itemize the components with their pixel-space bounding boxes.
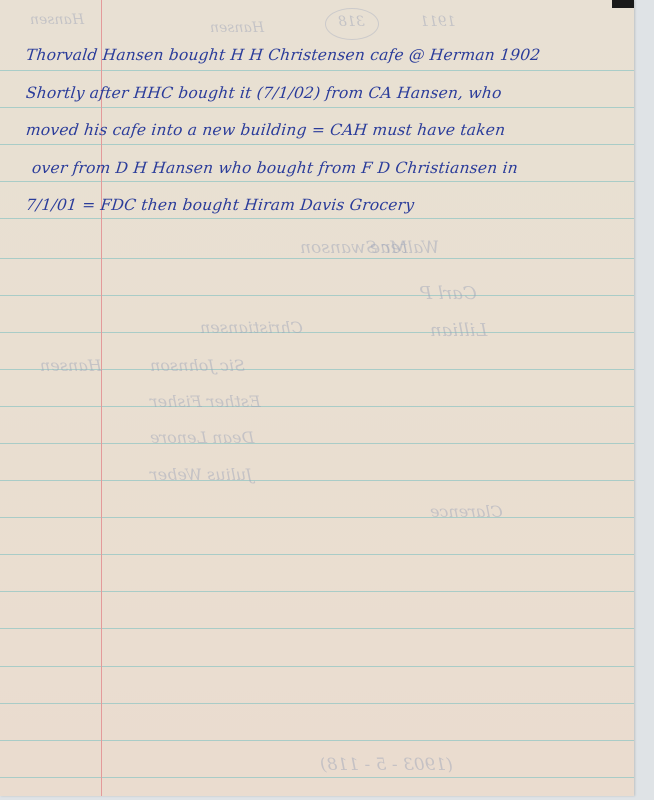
- notebook-page: Hansen Hansen 318 1911 Walter Swanson Ma…: [0, 0, 634, 796]
- ghost-text: (1903 - 5 - 118): [320, 755, 453, 775]
- scan-edge: [612, 0, 634, 8]
- margin-line: [101, 0, 102, 796]
- ghost-text: Hansen: [30, 12, 84, 28]
- ghost-text: Lillian: [430, 320, 487, 341]
- rule-line: [0, 628, 634, 629]
- ghost-text: Esther Fisher: [150, 392, 261, 411]
- ghost-text: Hansen: [210, 20, 264, 36]
- ghost-text: Sic Johnson: [150, 356, 245, 375]
- rule-line: [0, 332, 634, 333]
- ghost-text: Carl P: [420, 283, 477, 304]
- rule-line: [0, 740, 634, 741]
- handwritten-line-1: Thorvald Hansen bought H H Christensen c…: [25, 46, 541, 64]
- rule-line: [0, 181, 634, 182]
- rule-line: [0, 666, 634, 667]
- rule-line: [0, 591, 634, 592]
- ghost-text: Mae: [370, 238, 408, 258]
- ghost-text: 318: [338, 14, 365, 30]
- ghost-text: Hansen: [40, 356, 102, 375]
- ghost-text: Dean Lenore: [150, 428, 254, 447]
- rule-line: [0, 406, 634, 407]
- ghost-text: 1911: [420, 14, 456, 30]
- rule-line: [0, 258, 634, 259]
- ghost-text: Clarence: [430, 502, 503, 521]
- handwritten-line-2: Shortly after HHC bought it (7/1/02) fro…: [25, 84, 503, 102]
- rule-line: [0, 517, 634, 518]
- ghost-text: Christiansen: [200, 318, 303, 337]
- rule-line: [0, 107, 634, 108]
- rule-line: [0, 443, 634, 444]
- rule-line: [0, 70, 634, 71]
- rule-line: [0, 144, 634, 145]
- rule-line: [0, 295, 634, 296]
- rule-line: [0, 480, 634, 481]
- rule-line: [0, 777, 634, 778]
- rule-line: [0, 218, 634, 219]
- rule-line: [0, 703, 634, 704]
- handwritten-line-4: over from D H Hansen who bought from F D…: [31, 159, 519, 177]
- handwritten-line-3: moved his cafe into a new building = CAH…: [25, 121, 506, 139]
- handwritten-line-5: 7/1/01 = FDC then bought Hiram Davis Gro…: [25, 196, 415, 214]
- rule-line: [0, 554, 634, 555]
- ghost-text: Julius Weber: [150, 465, 253, 484]
